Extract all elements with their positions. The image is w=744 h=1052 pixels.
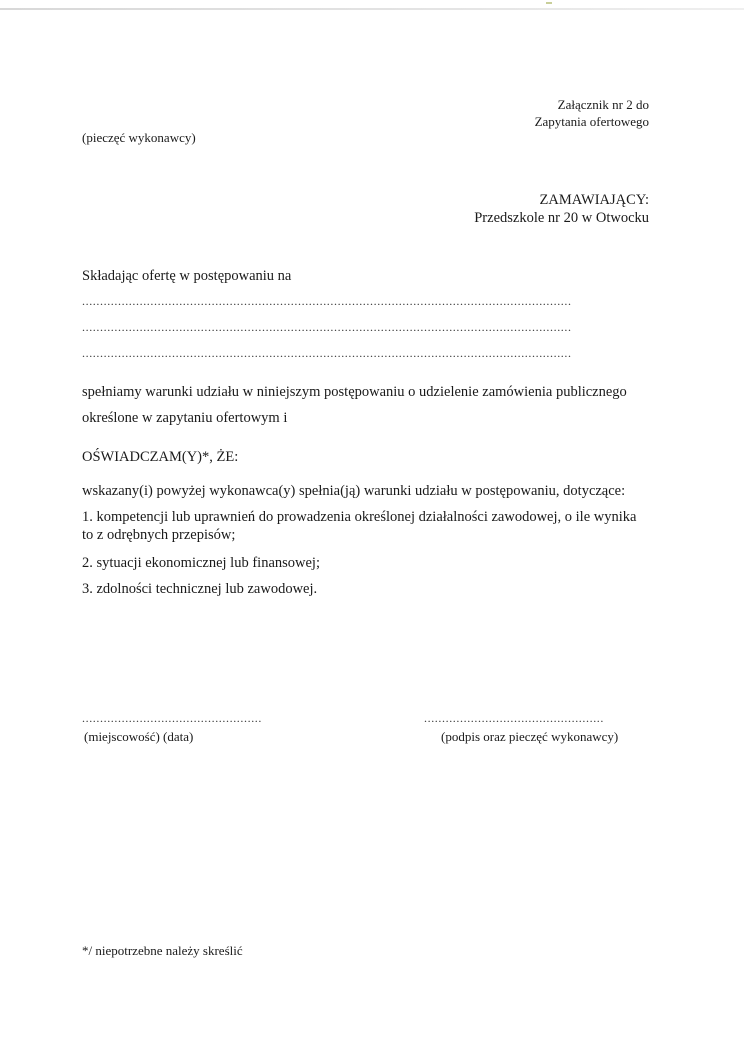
fill-in-line-1[interactable]: ........................................… [82, 294, 638, 309]
attachment-line-2: Zapytania ofertowego [535, 114, 649, 130]
contractor-stamp-label: (pieczęć wykonawcy) [82, 130, 196, 146]
declaration-heading: OŚWIADCZAM(Y)*, ŻE: [82, 449, 238, 466]
declaration-item-2: 2. sytuacji ekonomicznej lub finansowej; [82, 555, 320, 572]
recipient-heading: ZAMAWIAJĄCY: [540, 192, 649, 209]
statement-line-1: spełniamy warunki udziału w niniejszym p… [82, 384, 627, 401]
recipient-name: Przedszkole nr 20 w Otwocku [474, 210, 649, 227]
scan-edge-line [0, 8, 744, 10]
place-date-label: (miejscowość) (data) [84, 729, 193, 745]
signature-label: (podpis oraz pieczęć wykonawcy) [441, 729, 618, 745]
footnote: */ niepotrzebne należy skreślić [82, 943, 243, 959]
declaration-item-3: 3. zdolności technicznej lub zawodowej. [82, 581, 317, 598]
scan-speck [546, 2, 552, 4]
offer-intro: Składając ofertę w postępowaniu na [82, 268, 291, 285]
attachment-line-1: Załącznik nr 2 do [558, 97, 649, 113]
fill-in-line-2[interactable]: ........................................… [82, 320, 638, 335]
statement-line-2: określone w zapytaniu ofertowym i [82, 410, 287, 427]
declaration-item-1-line-2: to z odrębnych przepisów; [82, 527, 235, 544]
declaration-intro: wskazany(i) powyżej wykonawca(y) spełnia… [82, 483, 625, 500]
fill-in-line-3[interactable]: ........................................… [82, 346, 638, 361]
declaration-item-1-line-1: 1. kompetencji lub uprawnień do prowadze… [82, 509, 636, 526]
place-date-fill-line[interactable]: ........................................… [82, 711, 290, 726]
signature-fill-line[interactable]: ........................................… [424, 711, 634, 726]
